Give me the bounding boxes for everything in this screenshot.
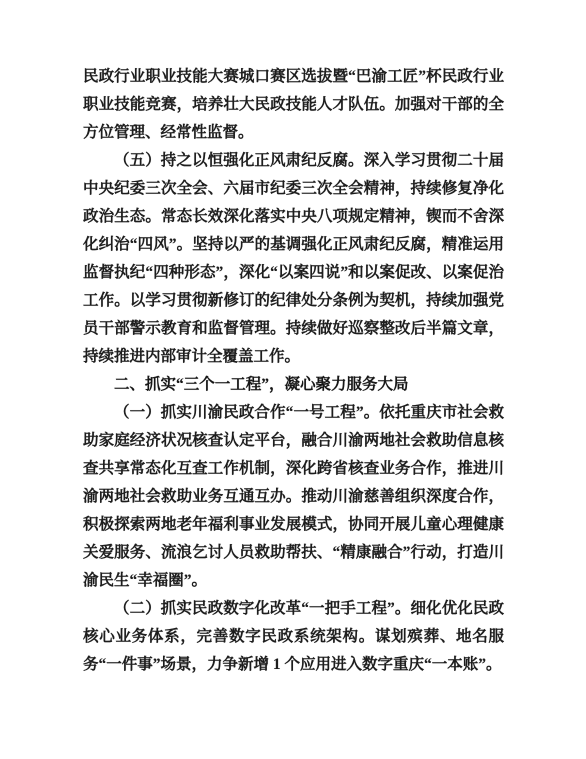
paragraph-item-five-discipline: （五）持之以恒强化正风肃纪反腐。深入学习贯彻二十届中央纪委三次全会、六届市纪委三… [83,147,504,371]
document-text-block: 民政行业职业技能大赛城口赛区选拔暨“巴渝工匠”杯民政行业职业技能竞赛，培养壮大民… [83,63,504,679]
document-page: 民政行业职业技能大赛城口赛区选拔暨“巴渝工匠”杯民政行业职业技能竞赛，培养壮大民… [0,0,586,759]
paragraph-item-one-sichuan-chongqing-cooperation: （一）抓实川渝民政合作“一号工程”。依托重庆市社会救助家庭经济状况核查认定平台，… [83,399,504,595]
section-heading-three-projects: 二、抓实“三个一工程”，凝心聚力服务大局 [83,371,504,399]
paragraph-skills-competition: 民政行业职业技能大赛城口赛区选拔暨“巴渝工匠”杯民政行业职业技能竞赛，培养壮大民… [83,63,504,147]
paragraph-item-two-digital-reform: （二）抓实民政数字化改革“一把手工程”。细化优化民政核心业务体系，完善数字民政系… [83,595,504,679]
